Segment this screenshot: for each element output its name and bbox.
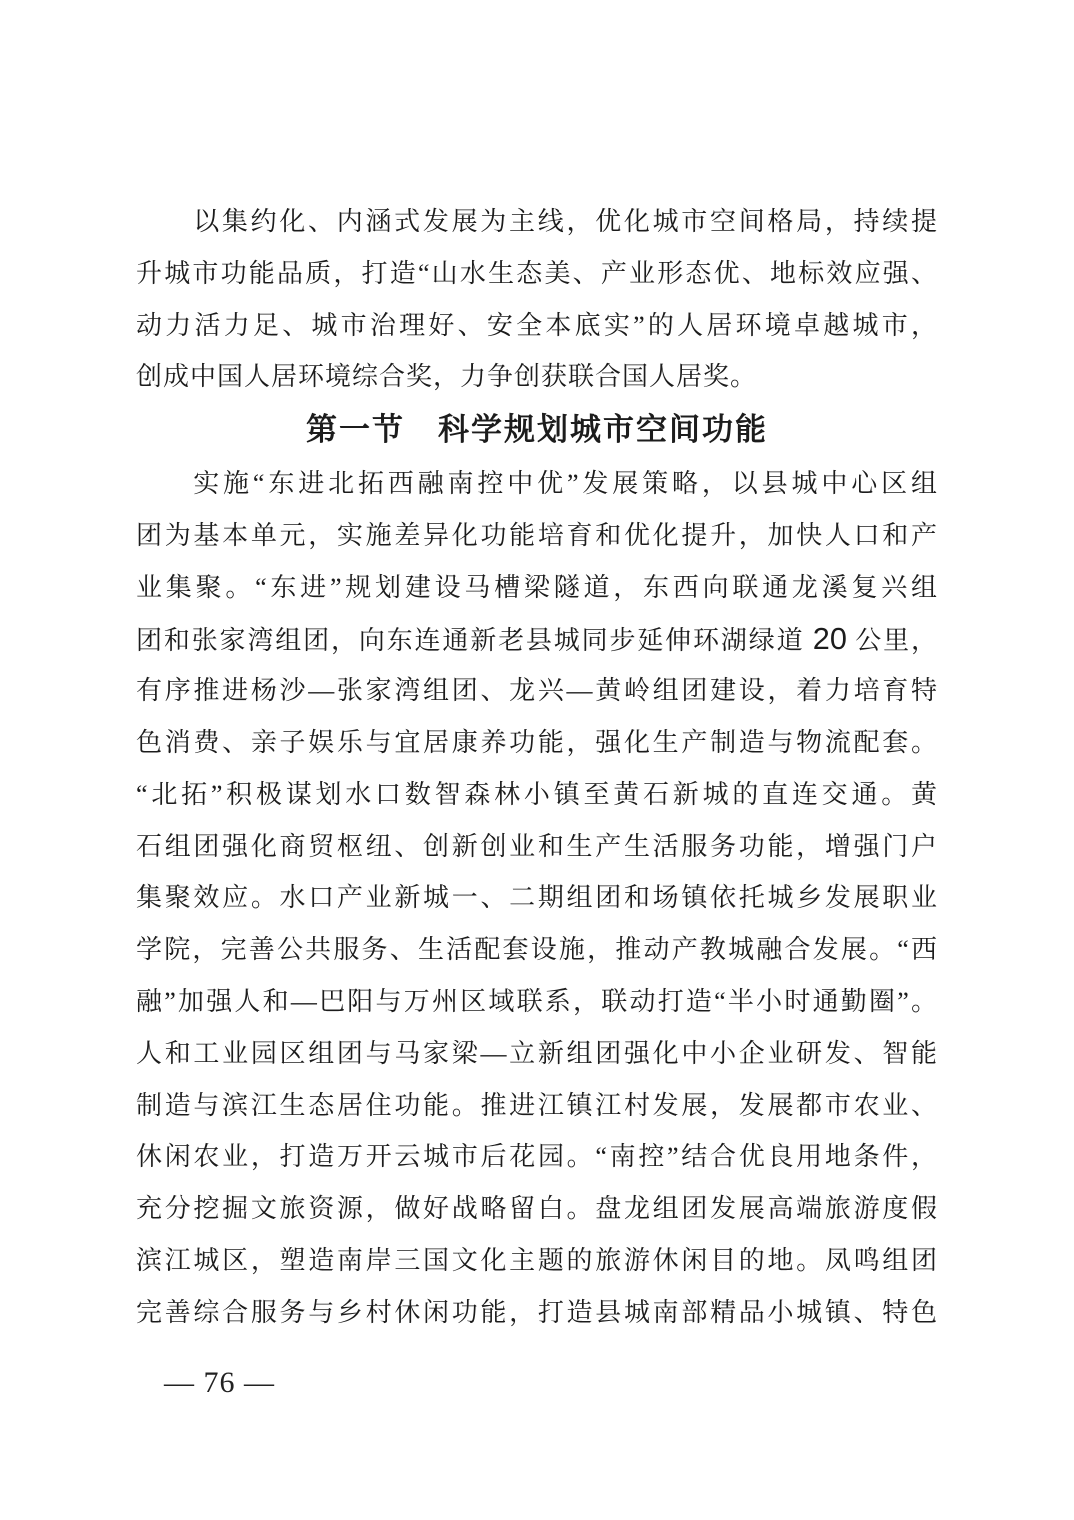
text-line: 团为基本单元，实施差异化功能培育和优化提升，加快人口和产	[136, 510, 938, 562]
text-line: 融”加强人和—巴阳与万州区域联系，联动打造“半小时通勤圈”。	[136, 976, 938, 1028]
section-heading: 第一节 科学规划城市空间功能	[136, 404, 938, 456]
text-line: 完善综合服务与乡村休闲功能，打造县城南部精品小城镇、特色	[136, 1287, 938, 1339]
text-line: 集聚效应。水口产业新城一、二期组团和场镇依托城乡发展职业	[136, 872, 938, 924]
text-line: 色消费、亲子娱乐与宜居康养功能，强化生产制造与物流配套。	[136, 717, 938, 769]
text-line: 创成中国人居环境综合奖，力争创获联合国人居奖。	[136, 351, 938, 403]
text-line: 充分挖掘文旅资源，做好战略留白。盘龙组团发展高端旅游度假	[136, 1183, 938, 1235]
text-line: 滨江城区，塑造南岸三国文化主题的旅游休闲目的地。凤鸣组团	[136, 1235, 938, 1287]
text-line: 业集聚。“东进”规划建设马槽梁隧道，东西向联通龙溪复兴组	[136, 562, 938, 614]
text-line: 学院，完善公共服务、生活配套设施，推动产教城融合发展。“西	[136, 924, 938, 976]
text-line: 升城市功能品质，打造“山水生态美、产业形态优、地标效应强、	[136, 248, 938, 300]
text-line: 团和张家湾组团，向东连通新老县城同步延伸环湖绿道 20 公里，	[136, 613, 938, 665]
text-line: 有序推进杨沙—张家湾组团、龙兴—黄岭组团建设，着力培育特	[136, 665, 938, 717]
text-line: 以集约化、内涵式发展为主线，优化城市空间格局，持续提	[136, 196, 938, 248]
text-line: 动力活力足、城市治理好、安全本底实”的人居环境卓越城市，	[136, 300, 938, 352]
text-line: 人和工业园区组团与马家梁—立新组团强化中小企业研发、智能	[136, 1028, 938, 1080]
document-page: 以集约化、内涵式发展为主线，优化城市空间格局，持续提 升城市功能品质，打造“山水…	[0, 0, 1074, 1520]
text-line: 石组团强化商贸枢纽、创新创业和生产生活服务功能，增强门户	[136, 821, 938, 873]
intro-paragraph: 以集约化、内涵式发展为主线，优化城市空间格局，持续提 升城市功能品质，打造“山水…	[136, 196, 938, 403]
text-line: 实施“东进北拓西融南控中优”发展策略，以县城中心区组	[136, 458, 938, 510]
text-line: 休闲农业，打造万开云城市后花园。“南控”结合优良用地条件，	[136, 1131, 938, 1183]
body-paragraph: 实施“东进北拓西融南控中优”发展策略，以县城中心区组 团为基本单元，实施差异化功…	[136, 458, 938, 1339]
text-line: 制造与滨江生态居住功能。推进江镇江村发展，发展都市农业、	[136, 1080, 938, 1132]
page-number: — 76 —	[164, 1366, 275, 1400]
arabic-numeral: 20	[813, 621, 847, 656]
text-line: “北拓”积极谋划水口数智森林小镇至黄石新城的直连交通。黄	[136, 769, 938, 821]
